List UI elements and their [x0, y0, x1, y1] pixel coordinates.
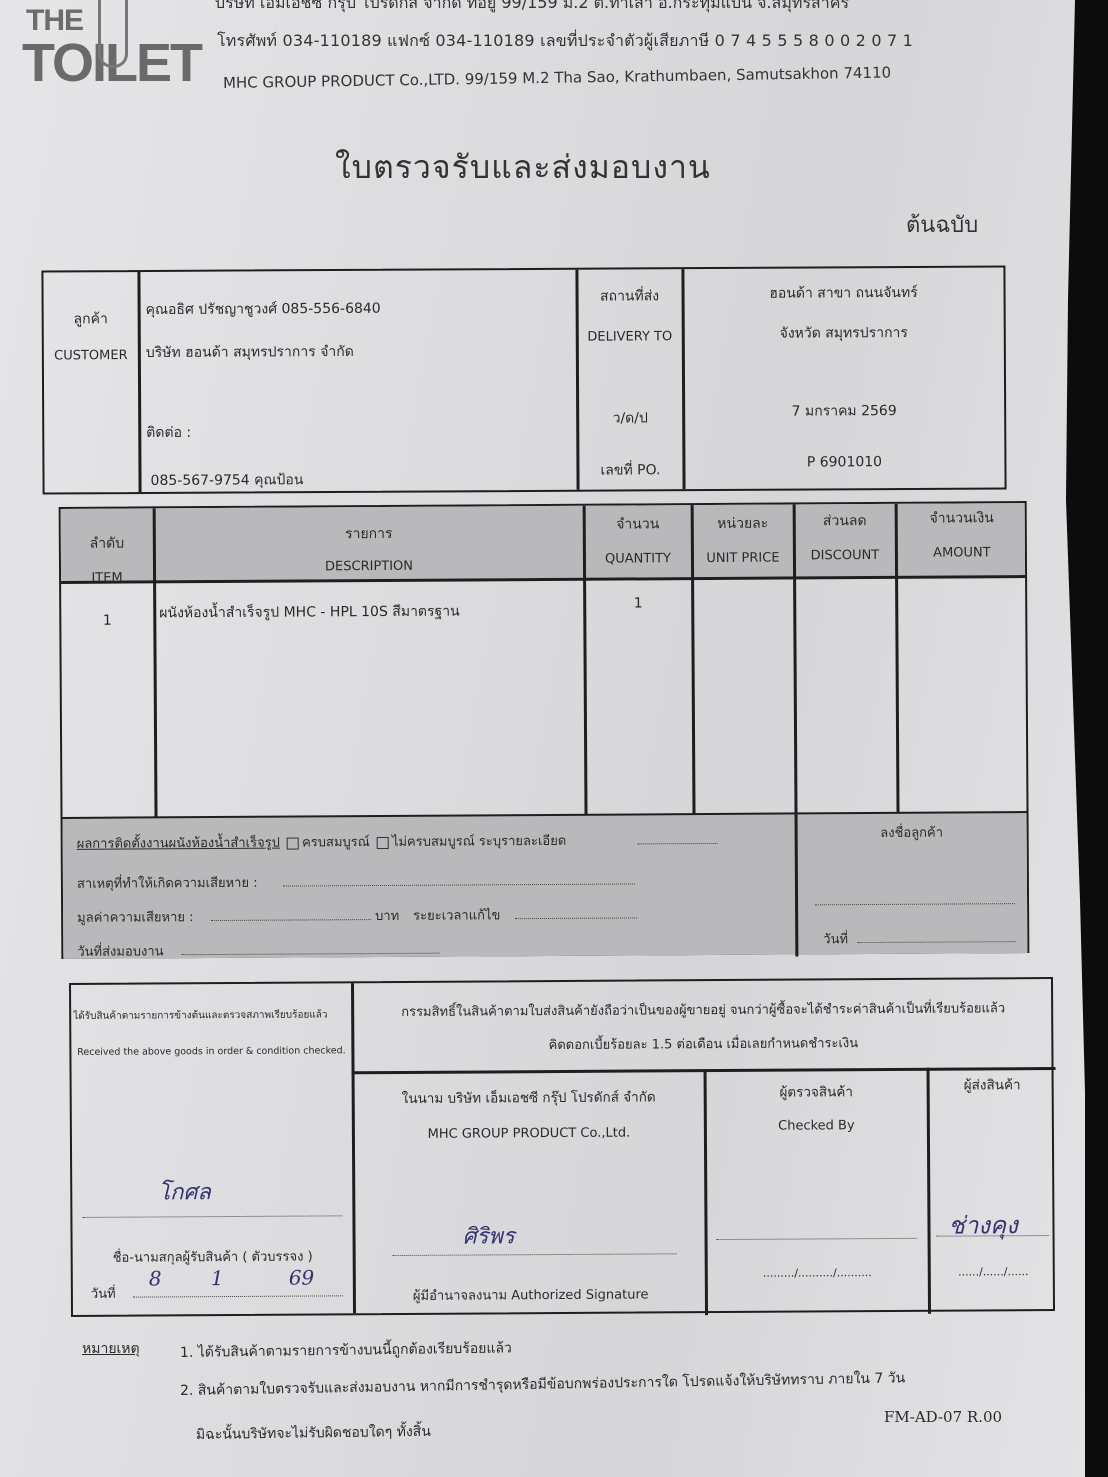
handover-date-label: วันที่ส่งมอบงาน [77, 940, 163, 962]
receipt-date-label: วันที่ [91, 1283, 116, 1304]
note-3: มิฉะนั้นบริษัทจะไม่รับผิดชอบใดๆ ทั้งสิ้น [196, 1421, 431, 1446]
items-table: ลำดับ ITEM รายการ DESCRIPTION จำนวน QUAN… [59, 501, 1030, 959]
receiver-signature: โกศล [158, 1174, 211, 1209]
terms-line-2: คิดดอกเบี้ยร้อยละ 1.5 ต่อเดือน เมื่อเลยก… [353, 1031, 1053, 1056]
checker-label-th: ผู้ตรวจสินค้า [706, 1080, 927, 1103]
header-discount-th: ส่วนลด [795, 510, 895, 533]
customer-label-th: ลูกค้า [44, 308, 138, 330]
paper-clip-icon [98, 0, 128, 68]
checkbox-incomplete[interactable] [377, 836, 389, 848]
row-description: ผนังห้องน้ำสำเร็จรูป MHC - HPL 10S สีมาต… [159, 601, 460, 625]
header-desc-en: DESCRIPTION [155, 558, 583, 576]
checker-sign-line[interactable] [717, 1238, 917, 1240]
page-title: ใบตรวจรับและส่งมอบงาน [335, 142, 711, 193]
header-item-th: ลำดับ [61, 532, 153, 555]
contact-label: ติดต่อ : [146, 422, 191, 444]
checkbox-complete[interactable] [287, 837, 299, 849]
receipt-date-day: 8 [149, 1266, 162, 1290]
header-item-en: ITEM [61, 570, 153, 586]
company-line: บริษัท เอ็มเอชซี กรุ๊ป โปรดักส์ จำกัด ที… [215, 0, 849, 16]
authorized-signature: ศิริพร [462, 1218, 514, 1253]
authorized-sign-line[interactable] [393, 1253, 677, 1256]
header-desc-th: รายการ [155, 522, 583, 547]
header-unit-en: UNIT PRICE [693, 550, 793, 566]
date-label: ว/ด/ป [578, 407, 682, 430]
checker-date: ........./........../.......... [707, 1266, 928, 1280]
customer-label-en: CUSTOMER [44, 348, 138, 363]
note-2: 2. สินค้าตามใบตรวจรับและส่งมอบงาน หากมีก… [180, 1367, 906, 1402]
document-paper: THE TOILET บริษัท เอ็มเอชซี กรุ๊ป โปรดัก… [0, 0, 1085, 1477]
installation-result: ผลการติดตั้งงานผนังห้องน้ำสำเร็จรูป ครบส… [77, 830, 567, 854]
address-en: MHC GROUP PRODUCT Co.,LTD. 99/159 M.2 Th… [223, 64, 891, 92]
deliverer-date: ....../....../...... [930, 1265, 1057, 1279]
row-quantity: 1 [585, 595, 691, 612]
header-discount-en: DISCOUNT [795, 548, 895, 564]
contact-value: 085-567-9754 คุณป้อน [150, 469, 303, 492]
receipt-date-year: 69 [289, 1266, 315, 1290]
phone-line: โทรศัพท์ 034-110189 แฟกซ์ 034-110189 เลข… [217, 29, 913, 54]
company-name-en: MHC GROUP PRODUCT Co.,Ltd. [354, 1125, 704, 1142]
form-code: FM-AD-07 R.00 [884, 1408, 1002, 1426]
installation-result-label: ผลการติดตั้งงานผนังห้องน้ำสำเร็จรูป [77, 836, 280, 852]
option-incomplete-label: ไม่ครบสมบูรณ์ ระบุรายละเอียด [392, 834, 566, 850]
header-amount-th: จำนวนเงิน [897, 507, 1027, 530]
header-qty-en: QUANTITY [585, 551, 691, 567]
po-number: P 6901010 [684, 453, 1004, 471]
row-amount [897, 593, 1027, 594]
terms-line-1: กรรมสิทธิ์ในสินค้าตามใบส่งสินค้ายังถือว่… [353, 997, 1053, 1022]
company-name-th: ในนาม บริษัท เอ็มเอชซี กรุ๊ป โปรดักส์ จำ… [354, 1085, 704, 1109]
receipt-date-month: 1 [211, 1266, 224, 1290]
signature-block: ได้รับสินค้าตามรายการข้างต้นและตรวจสภาพเ… [69, 977, 1055, 1317]
po-label: เลขที่ PO. [578, 459, 682, 482]
option-complete-label: ครบสมบูรณ์ [302, 835, 370, 850]
logo-the: THE [26, 6, 83, 36]
customer-company: บริษัท ฮอนด้า สมุทรปราการ จำกัด [146, 341, 354, 364]
note-1: 1. ได้รับสินค้าตามรายการข้างบนนี้ถูกต้อง… [180, 1337, 512, 1364]
receipt-date-line[interactable] [133, 1295, 343, 1297]
header-qty-th: จำนวน [585, 513, 691, 536]
row-item: 1 [61, 612, 153, 629]
copy-label: ต้นฉบับ [906, 207, 978, 242]
row-discount [795, 594, 895, 595]
customer-sign-label: ลงชื่อลูกค้า [797, 821, 1027, 843]
delivery-date: 7 มกราคม 2569 [684, 399, 1004, 423]
authorized-label: ผู้มีอำนาจลงนาม Authorized Signature [413, 1283, 649, 1305]
notes-label: หมายเหตุ [82, 1338, 140, 1360]
header-unit-th: หน่วยละ [693, 512, 793, 535]
delivery-label-th: สถานที่ส่ง [578, 285, 682, 308]
header-amount-en: AMOUNT [897, 545, 1027, 561]
customer-name: คุณอธิศ ปรัชญาชูวงศ์ 085-556-6840 [146, 298, 381, 321]
customer-delivery-box: ลูกค้า CUSTOMER คุณอธิศ ปรัชญาชูวงศ์ 085… [41, 265, 1006, 494]
customer-sign-date-label: วันที่ [823, 928, 848, 949]
receiver-sign-line[interactable] [82, 1215, 342, 1218]
deliverer-signature: ช่างคุง [948, 1205, 1018, 1244]
received-text-th: ได้รับสินค้าตามรายการข้างต้นและตรวจสภาพเ… [73, 1007, 349, 1024]
fix-time-label: ระยะเวลาแก้ไข [413, 904, 500, 926]
cause-label: สาเหตุที่ทำให้เกิดความเสียหาย : [77, 872, 258, 894]
baht-label: บาท [375, 905, 399, 926]
delivery-place-1: ฮอนด้า สาขา ถนนจันทร์ [683, 281, 1003, 305]
received-text-en: Received the above goods in order & cond… [71, 1045, 351, 1058]
damage-value-label: มูลค่าความเสียหาย : [77, 906, 194, 928]
checker-label-en: Checked By [706, 1118, 927, 1134]
row-unit-price [693, 594, 793, 595]
delivery-place-2: จังหวัด สมุทรปราการ [684, 321, 1004, 345]
deliverer-label-th: ผู้ส่งสินค้า [929, 1073, 1056, 1096]
delivery-label-en: DELIVERY TO [578, 329, 682, 345]
